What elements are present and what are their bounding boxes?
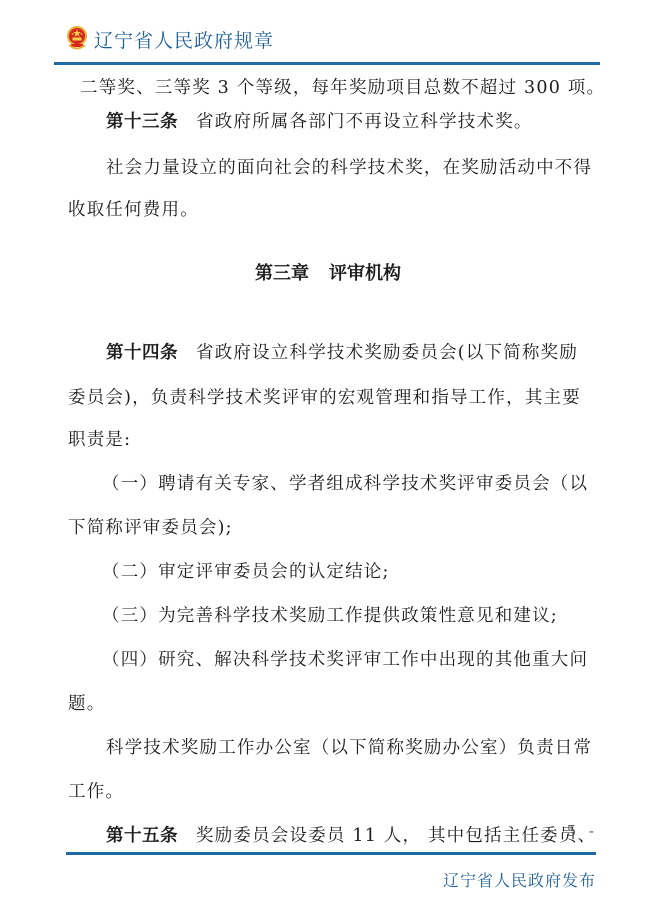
paragraph-line: 下简称评审委员会); <box>68 516 233 540</box>
chapter-title: 评审机构 <box>329 263 401 284</box>
paragraph-line: 社会力量设立的面向社会的科学技术奖，在奖励活动中不得 <box>106 156 592 180</box>
list-item-1: （一）聘请有关专家、学者组成科学技术奖评审委员会（以 <box>102 472 588 496</box>
paragraph-line: 工作。 <box>68 780 124 804</box>
header-title: 辽宁省人民政府规章 <box>94 26 274 53</box>
paragraph-line: 委员会)，负责科学技术奖评审的宏观管理和指导工作，其主要 <box>68 386 581 410</box>
paragraph-line: 二等奖、三等奖 3 个等级，每年奖励项目总数不超过 300 项。 <box>80 76 605 100</box>
article-number: 第十五条 <box>106 826 178 846</box>
article-number: 第十三条 <box>106 112 178 132</box>
list-item-4: （四）研究、解决科学技术奖评审工作中出现的其他重大问 <box>102 648 588 672</box>
article-13: 第十三条省政府所属各部门不再设立科学技术奖。 <box>106 110 533 134</box>
paragraph-text: 奖励委员会设委员 11 人， 其中包括主任委员、 <box>196 826 596 846</box>
chapter-number: 第三章 <box>255 263 309 284</box>
page-number: - 5 - <box>549 822 598 840</box>
document-header: 辽宁省人民政府规章 <box>66 22 274 56</box>
publisher-label: 辽宁省人民政府发布 <box>443 868 596 891</box>
list-item-2: （二）审定评审委员会的认定结论; <box>102 560 390 584</box>
paragraph-text: 省政府所属各部门不再设立科学技术奖。 <box>196 112 533 132</box>
paragraph-text: 省政府设立科学技术奖励委员会(以下简称奖励 <box>196 343 578 363</box>
footer-divider <box>66 852 596 855</box>
paragraph-line: 职责是: <box>68 428 131 452</box>
paragraph-line: 科学技术奖励工作办公室（以下简称奖励办公室）负责日常 <box>106 736 592 760</box>
paragraph-line: 收取任何费用。 <box>68 198 199 222</box>
national-emblem-icon <box>66 25 88 53</box>
paragraph-line: 题。 <box>68 692 105 716</box>
article-14: 第十四条省政府设立科学技术奖励委员会(以下简称奖励 <box>106 341 578 365</box>
article-number: 第十四条 <box>106 343 178 363</box>
chapter-heading: 第三章评审机构 <box>68 262 588 286</box>
header-divider <box>54 62 600 65</box>
list-item-3: （三）为完善科学技术奖励工作提供政策性意见和建议; <box>102 604 558 628</box>
article-15: 第十五条奖励委员会设委员 11 人， 其中包括主任委员、 <box>106 824 596 848</box>
